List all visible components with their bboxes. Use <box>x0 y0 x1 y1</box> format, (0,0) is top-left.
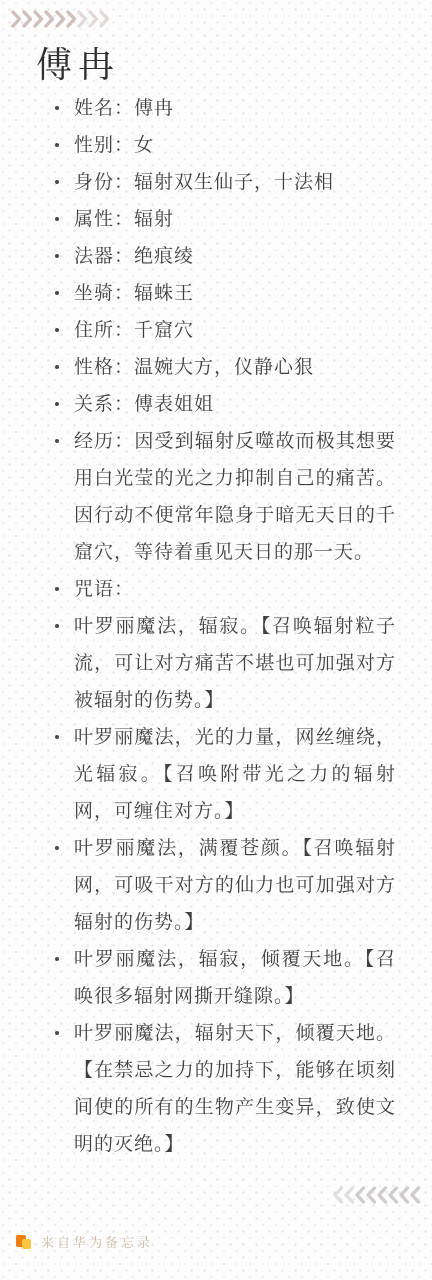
source-footer: 来自华为备忘录 <box>16 1232 153 1251</box>
list-item: 性格：温婉大方，仪静心狠 <box>52 349 396 386</box>
list-item: 叶罗丽魔法，辐射天下，倾覆天地。【在禁忌之力的加持下，能够在顷刻间使的所有的生物… <box>52 1015 396 1163</box>
note-title: 傅冉 <box>36 48 120 84</box>
bullet-dot <box>55 180 59 184</box>
list-item: 关系：傅表姐姐 <box>52 386 396 423</box>
list-item-text: 叶罗丽魔法，光的力量，网丝缠绕，光辐寂。【召唤附带光之力的辐射网，可缠住对方。】 <box>74 726 396 822</box>
list-item-text: 属性：辐射 <box>74 208 174 230</box>
bullet-dot <box>55 291 59 295</box>
top-chevrons <box>10 10 109 28</box>
bullet-dot <box>55 846 59 850</box>
bullet-dot <box>55 402 59 406</box>
bullet-dot <box>55 1031 59 1035</box>
bullet-dot <box>55 143 59 147</box>
list-item-text: 叶罗丽魔法，满覆苍颜。【召唤辐射网，可吸干对方的仙力也可加强对方辐射的伤势。】 <box>74 837 396 933</box>
list-item: 叶罗丽魔法，光的力量，网丝缠绕，光辐寂。【召唤附带光之力的辐射网，可缠住对方。】 <box>52 719 396 830</box>
list-item-text: 坐骑：辐蛛王 <box>74 282 194 304</box>
bottom-chevrons <box>332 1186 420 1204</box>
chevron-left-icon <box>343 1186 355 1204</box>
bullet-dot <box>55 735 59 739</box>
note-page: 傅冉 姓名：傅冉 性别：女 身份：辐射双生仙子，十法相 属性：辐射 法器：绝痕绫… <box>0 0 432 1280</box>
list-item: 性别：女 <box>52 127 396 164</box>
bullet-dot <box>55 106 59 110</box>
list-item: 咒语： <box>52 571 396 608</box>
list-item: 属性：辐射 <box>52 201 396 238</box>
list-item-text: 叶罗丽魔法，辐射天下，倾覆天地。【在禁忌之力的加持下，能够在顷刻间使的所有的生物… <box>74 1022 396 1155</box>
list-item: 叶罗丽魔法，满覆苍颜。【召唤辐射网，可吸干对方的仙力也可加强对方辐射的伤势。】 <box>52 830 396 941</box>
list-item-text: 住所：千窟穴 <box>74 319 194 341</box>
bullet-dot <box>55 957 59 961</box>
list-item-text: 身份：辐射双生仙子，十法相 <box>74 171 334 193</box>
bullet-dot <box>55 328 59 332</box>
list-item-text: 关系：傅表姐姐 <box>74 393 214 415</box>
list-item-text: 姓名：傅冉 <box>74 97 174 119</box>
list-item: 法器：绝痕绫 <box>52 238 396 275</box>
chevron-right-icon <box>98 10 110 28</box>
list-item: 叶罗丽魔法，辐寂。【召唤辐射粒子流，可让对方痛苦不堪也可加强对方被辐射的伤势。】 <box>52 608 396 719</box>
list-item: 坐骑：辐蛛王 <box>52 275 396 312</box>
bullet-dot <box>55 254 59 258</box>
list-item-text: 叶罗丽魔法，辐寂，倾覆天地。【召唤很多辐射网撕开缝隙。】 <box>74 948 396 1007</box>
list-item: 住所：千窟穴 <box>52 312 396 349</box>
source-label: 来自华为备忘录 <box>41 1232 153 1251</box>
chevron-left-icon <box>409 1186 421 1204</box>
list-item: 身份：辐射双生仙子，十法相 <box>52 164 396 201</box>
list-item-text: 咒语： <box>74 578 134 600</box>
memo-icon <box>16 1234 32 1250</box>
list-item-text: 叶罗丽魔法，辐寂。【召唤辐射粒子流，可让对方痛苦不堪也可加强对方被辐射的伤势。】 <box>74 615 396 711</box>
note-content: 姓名：傅冉 性别：女 身份：辐射双生仙子，十法相 属性：辐射 法器：绝痕绫 坐骑… <box>52 90 396 1163</box>
bullet-dot <box>55 624 59 628</box>
bullet-dot <box>55 217 59 221</box>
list-item: 经历：因受到辐射反噬故而极其想要用白光莹的光之力抑制自己的痛苦。因行动不便常年隐… <box>52 423 396 571</box>
list-item-text: 性别：女 <box>74 134 154 156</box>
list-item-text: 性格：温婉大方，仪静心狠 <box>74 356 314 378</box>
list-item-text: 经历：因受到辐射反噬故而极其想要用白光莹的光之力抑制自己的痛苦。因行动不便常年隐… <box>74 430 396 563</box>
bullet-dot <box>55 439 59 443</box>
list-item: 姓名：傅冉 <box>52 90 396 127</box>
bullet-dot <box>55 365 59 369</box>
list-item: 叶罗丽魔法，辐寂，倾覆天地。【召唤很多辐射网撕开缝隙。】 <box>52 941 396 1015</box>
bullet-dot <box>55 587 59 591</box>
list-item-text: 法器：绝痕绫 <box>74 245 194 267</box>
